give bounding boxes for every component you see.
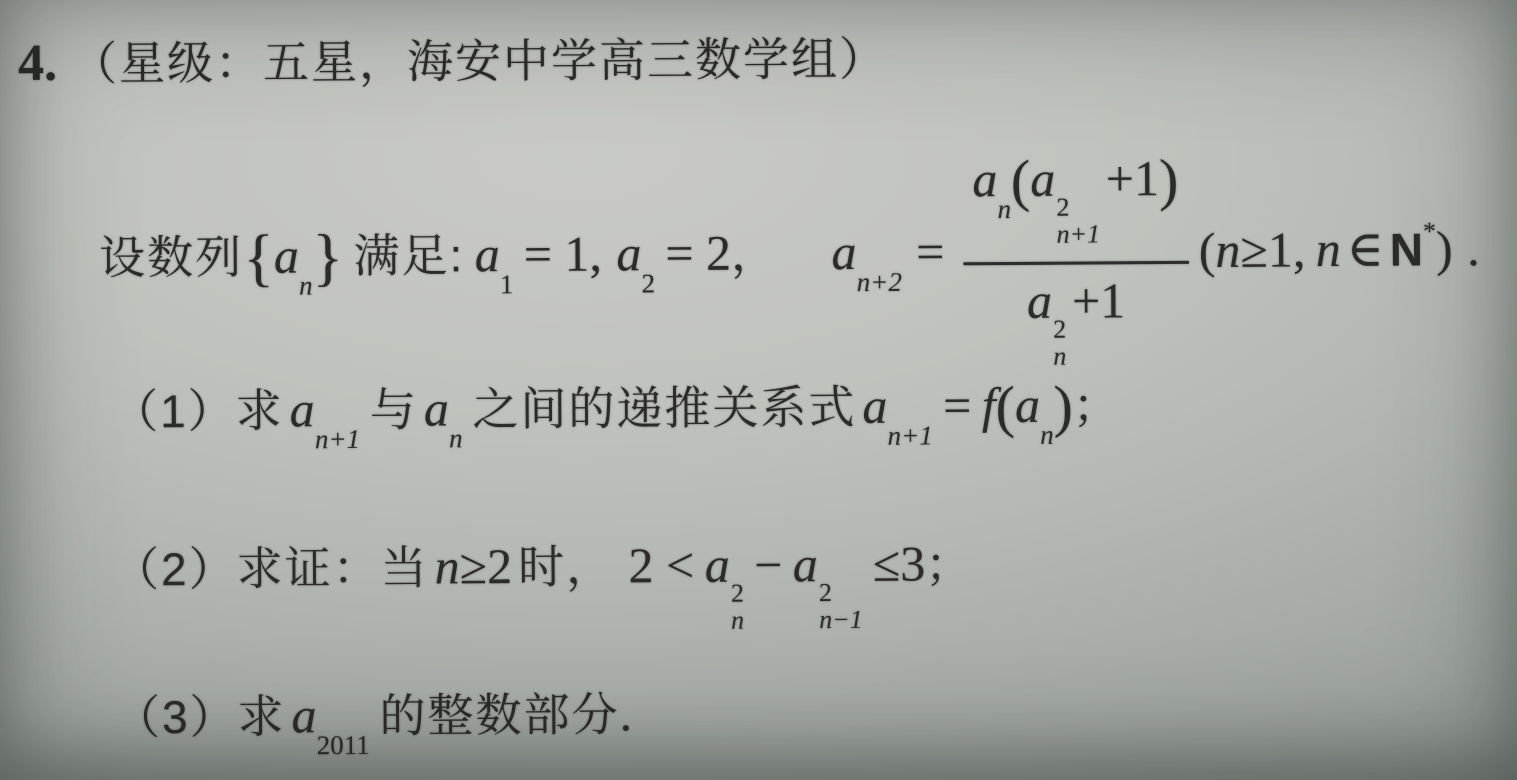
a1-value: = 1, [524, 226, 603, 282]
var-a-n-1: a [793, 536, 818, 592]
paren-close: ) [1053, 374, 1073, 439]
superscript-2: 2 [1056, 195, 1069, 221]
paren-open: ( [995, 374, 1015, 439]
part-1-text: 与 [370, 384, 418, 436]
geq-two: ≥2 [459, 538, 512, 594]
equals-sign: = [916, 224, 945, 280]
star-superscript: * [1423, 217, 1436, 246]
part-3-text: 求 [237, 690, 285, 742]
var-a-n: a [1015, 377, 1040, 433]
two-less-than: 2 < [628, 537, 694, 593]
plus-one: +1 [1072, 272, 1126, 328]
recurrence-fraction: an(a2n+1+1) a2n+1 [962, 147, 1189, 380]
brace-open: { [243, 222, 274, 293]
var-a: a [1027, 273, 1052, 329]
superscript-2: 2 [731, 581, 744, 607]
a2-value: = 2 [665, 225, 731, 281]
sup-sub-stack: 2n−1 [819, 580, 863, 633]
sup-sub-stack: 2n+1 [1056, 194, 1100, 247]
part-3-text: 的整数部分 [379, 688, 619, 741]
var-a-n: a [424, 380, 449, 436]
brace-close: } [312, 221, 343, 292]
sub-2011: 2011 [317, 730, 370, 760]
function-f: f [982, 377, 996, 433]
problem-source-note: （星级：五星，海安中学高三数学组） [71, 33, 887, 90]
equals-sign: = [943, 377, 972, 433]
part-2-label: （2） [113, 543, 237, 596]
end-period: . [619, 685, 632, 741]
part-1: （1）求an+1与an之间的递推关系式an+1 = f(an)； [112, 369, 1121, 445]
var-n: n [1215, 222, 1240, 278]
problem-header: 4.（星级：五星，海安中学高三数学组） [18, 23, 887, 94]
var-a2: a [616, 225, 641, 281]
problem-number: 4. [18, 35, 57, 92]
var-a1: a [475, 226, 500, 282]
sub-n: n [449, 423, 463, 453]
problem-statement: 设数列{an} 满足: a1 = 1, a2 = 2， an+2 = an(a2… [99, 145, 1481, 385]
end-period: . [1467, 220, 1480, 276]
sub-n1: n+1 [315, 424, 360, 454]
sub-n: n [1040, 420, 1054, 450]
subscript-n: n [1053, 344, 1066, 370]
var-a-n1: a [290, 381, 315, 437]
superscript-2: 2 [1053, 317, 1066, 343]
var-a: a [274, 228, 299, 284]
part-2-text: 求证：当 [237, 542, 429, 595]
cond-paren-open: ( [1199, 222, 1216, 278]
part-1-text: 之间的递推关系式 [472, 381, 856, 435]
setup-satisfy: 满足: [353, 230, 464, 283]
var-n: n [1316, 221, 1341, 277]
sub-n2: n+2 [857, 267, 902, 297]
setup-intro: 设数列 [99, 231, 243, 284]
subscript-n: n [731, 608, 744, 634]
element-of-sign: ∈ [1347, 221, 1384, 277]
fullwidth-semicolon: ； [925, 538, 973, 590]
subscript-n1: n+1 [1056, 221, 1100, 247]
var-a-n1: a [862, 378, 887, 434]
fullwidth-comma: ， [731, 228, 779, 280]
sub-n1: n+1 [888, 420, 933, 450]
fraction-denominator: a2n+1 [1017, 264, 1136, 380]
subscript-n-1: n−1 [819, 607, 863, 633]
part-1-label: （1） [112, 385, 236, 438]
geq-one: ≥1, [1240, 221, 1305, 277]
var-a-n2: a [831, 224, 856, 280]
naturals-symbol: N [1390, 224, 1424, 276]
var-a-n: a [705, 537, 730, 593]
fullwidth-semicolon: ； [1073, 379, 1121, 431]
plus-one: +1 [1106, 150, 1160, 206]
var-n: n [434, 538, 459, 594]
part-3-label: （3） [114, 691, 238, 744]
minus-sign: − [754, 536, 783, 592]
sup-sub-stack: 2n [731, 581, 744, 634]
paren-open: ( [1011, 148, 1031, 213]
var-a: a [1030, 151, 1055, 207]
var-a-2011: a [291, 687, 316, 743]
paren-close: ) [1159, 147, 1179, 212]
var-a: a [972, 151, 997, 207]
sub-2: 2 [641, 268, 655, 298]
sub-1: 1 [500, 269, 514, 299]
superscript-2: 2 [819, 580, 832, 606]
sup-sub-stack: 2n [1053, 317, 1066, 370]
part-2: （2）求证：当n≥2时， 2 < a2n − a2n−1 ≤3； [113, 528, 974, 637]
photographed-worksheet: 4.（星级：五星，海安中学高三数学组） 设数列{an} 满足: a1 = 1, … [0, 0, 1517, 780]
sub-n: n [299, 270, 313, 300]
part-1-text: 求 [236, 384, 284, 436]
sub-n: n [997, 194, 1011, 224]
leq-three: ≤3 [873, 536, 926, 592]
part-3: （3）求a2011的整数部分. [114, 678, 632, 747]
cond-paren-close: ) [1436, 221, 1453, 277]
part-2-text: 时， [518, 540, 614, 593]
fraction-numerator: an(a2n+1+1) [962, 147, 1189, 262]
page-content: 4.（星级：五星，海安中学高三数学组） 设数列{an} 满足: a1 = 1, … [0, 0, 1517, 780]
